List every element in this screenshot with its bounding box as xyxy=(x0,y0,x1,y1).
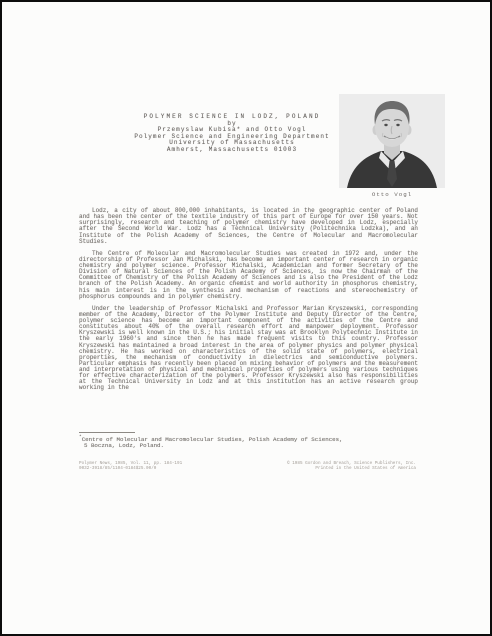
printed-in-line: Printed in the United States of America xyxy=(226,466,416,471)
scanned-article-page: POLYMER SCIENCE IN LODZ, POLAND by Przem… xyxy=(0,0,492,636)
photo-caption: Otto Vogl xyxy=(339,191,445,198)
author-portrait-photo xyxy=(339,94,445,188)
paragraph-3: Under the leadership of Professor Michal… xyxy=(79,306,418,392)
paragraph-2: The Centre of Molecular and Macromolecul… xyxy=(79,251,418,300)
portrait-illustration xyxy=(339,94,445,188)
footnote-separator-rule xyxy=(79,432,135,433)
footnote: *Centre of Molecular and Macromolecular … xyxy=(79,435,418,450)
footnote-line-2: 5 Boczna, Lodz, Poland. xyxy=(79,443,418,449)
article-body: Lodz, a city of about 800,000 inhabitant… xyxy=(79,208,418,398)
copyright-block: © 1985 Gordon and Breach, Science Publis… xyxy=(226,461,416,472)
paragraph-1: Lodz, a city of about 800,000 inhabitant… xyxy=(79,208,418,245)
